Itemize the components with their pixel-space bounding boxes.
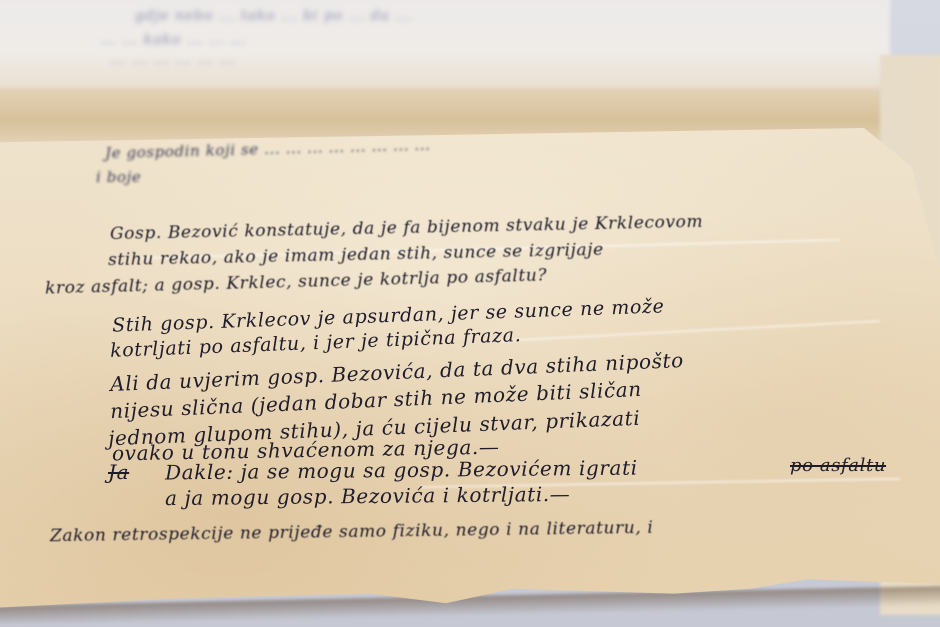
header-line: i boje [96, 168, 141, 186]
struck-word: po asfaltu [790, 455, 886, 476]
top-sheet-line: gdje nebo ... tako ... bi po ... da ... [135, 8, 412, 24]
top-blurred-sheet: gdje nebo ... tako ... bi po ... da ... … [0, 0, 890, 100]
body-line: a ja mogu gosp. Bezovića i kotrljati.— [165, 482, 571, 510]
top-sheet-line: ... ... kako ... ... ... [100, 32, 247, 48]
body-line: Dakle: ja se mogu sa gosp. Bezovićem igr… [165, 456, 638, 485]
struck-word: Ja [108, 460, 129, 484]
top-sheet-line: ... ... ... ... ... ... [110, 52, 235, 68]
